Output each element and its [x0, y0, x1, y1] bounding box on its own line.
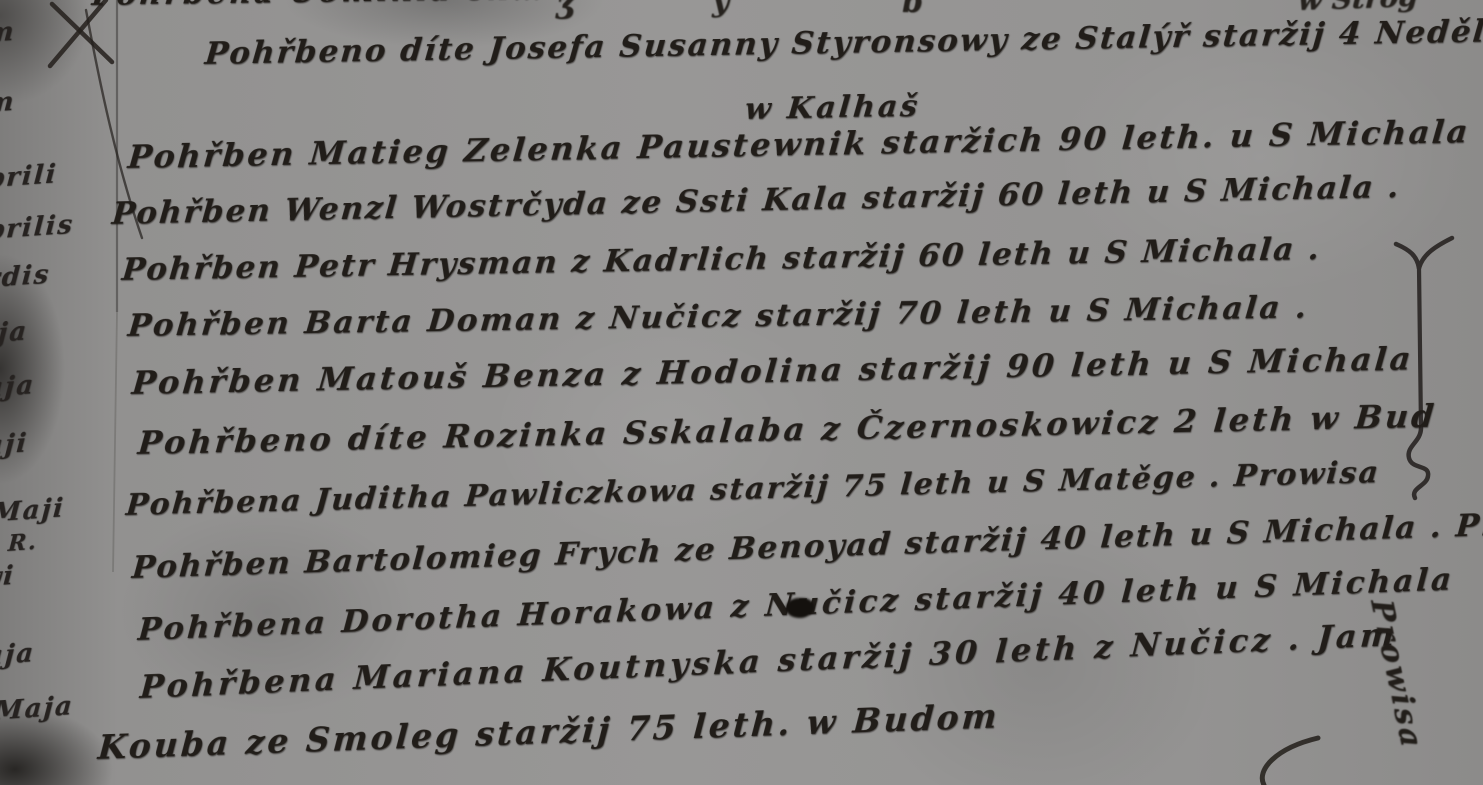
register-entry-line: Pohřbeno díte Josefa Susanny Styronsowy …	[203, 14, 1483, 72]
register-entry-line: Pohřben Matouš Benza z Hodolina staržij …	[130, 339, 1415, 402]
margin-date: R.	[7, 529, 39, 557]
margin-date: prilis	[0, 210, 75, 246]
interlinear-note: w Kalhaš	[743, 89, 921, 127]
margin-date: aja	[0, 370, 36, 404]
register-entry-line: Pohřbena Uominia ch…	[90, 0, 547, 13]
vertical-marginalia: Prowisa	[1363, 598, 1430, 751]
margin-date: ija	[0, 316, 29, 349]
cropped-stroke-fragment: y	[712, 0, 729, 19]
margin-date: rdis	[0, 260, 51, 295]
margin-date: Maja	[0, 691, 75, 727]
register-entry-line: Pohřbena Juditha Pawliczkowa staržij 75 …	[125, 455, 1382, 523]
register-entry-line: Pohřben Wenzl Wostrčyda ze Ssti Kala sta…	[110, 169, 1401, 232]
register-entry-line: Pohřben Petr Hrysman z Kadrlich staržij …	[120, 231, 1322, 288]
manuscript-page: m m prili prilis rdis ija aja aji Maji R…	[0, 0, 1483, 785]
margin-date: aja	[0, 638, 36, 672]
margin-date: prili	[0, 159, 58, 194]
margin-date: m	[0, 17, 17, 49]
register-entry-line: Pohřbeno díte Rozinka Sskalaba z Čzernos…	[136, 397, 1438, 462]
margin-rule-line	[113, 0, 117, 572]
register-entry-line: Kouba ze Smoleg staržij 75 leth. w Budom	[97, 696, 1001, 767]
cropped-stroke-fragment: ʒ	[556, 0, 573, 21]
margin-date: Maji	[0, 493, 66, 528]
paren-flourish	[1262, 738, 1318, 785]
cropped-stroke-fragment: b	[902, 0, 923, 20]
margin-date: yi	[0, 561, 16, 593]
register-entry-line: Pohřben Barta Doman z Nučicz staržij 70 …	[126, 289, 1310, 344]
margin-date: m	[0, 87, 17, 119]
margin-date: aji	[0, 428, 29, 461]
